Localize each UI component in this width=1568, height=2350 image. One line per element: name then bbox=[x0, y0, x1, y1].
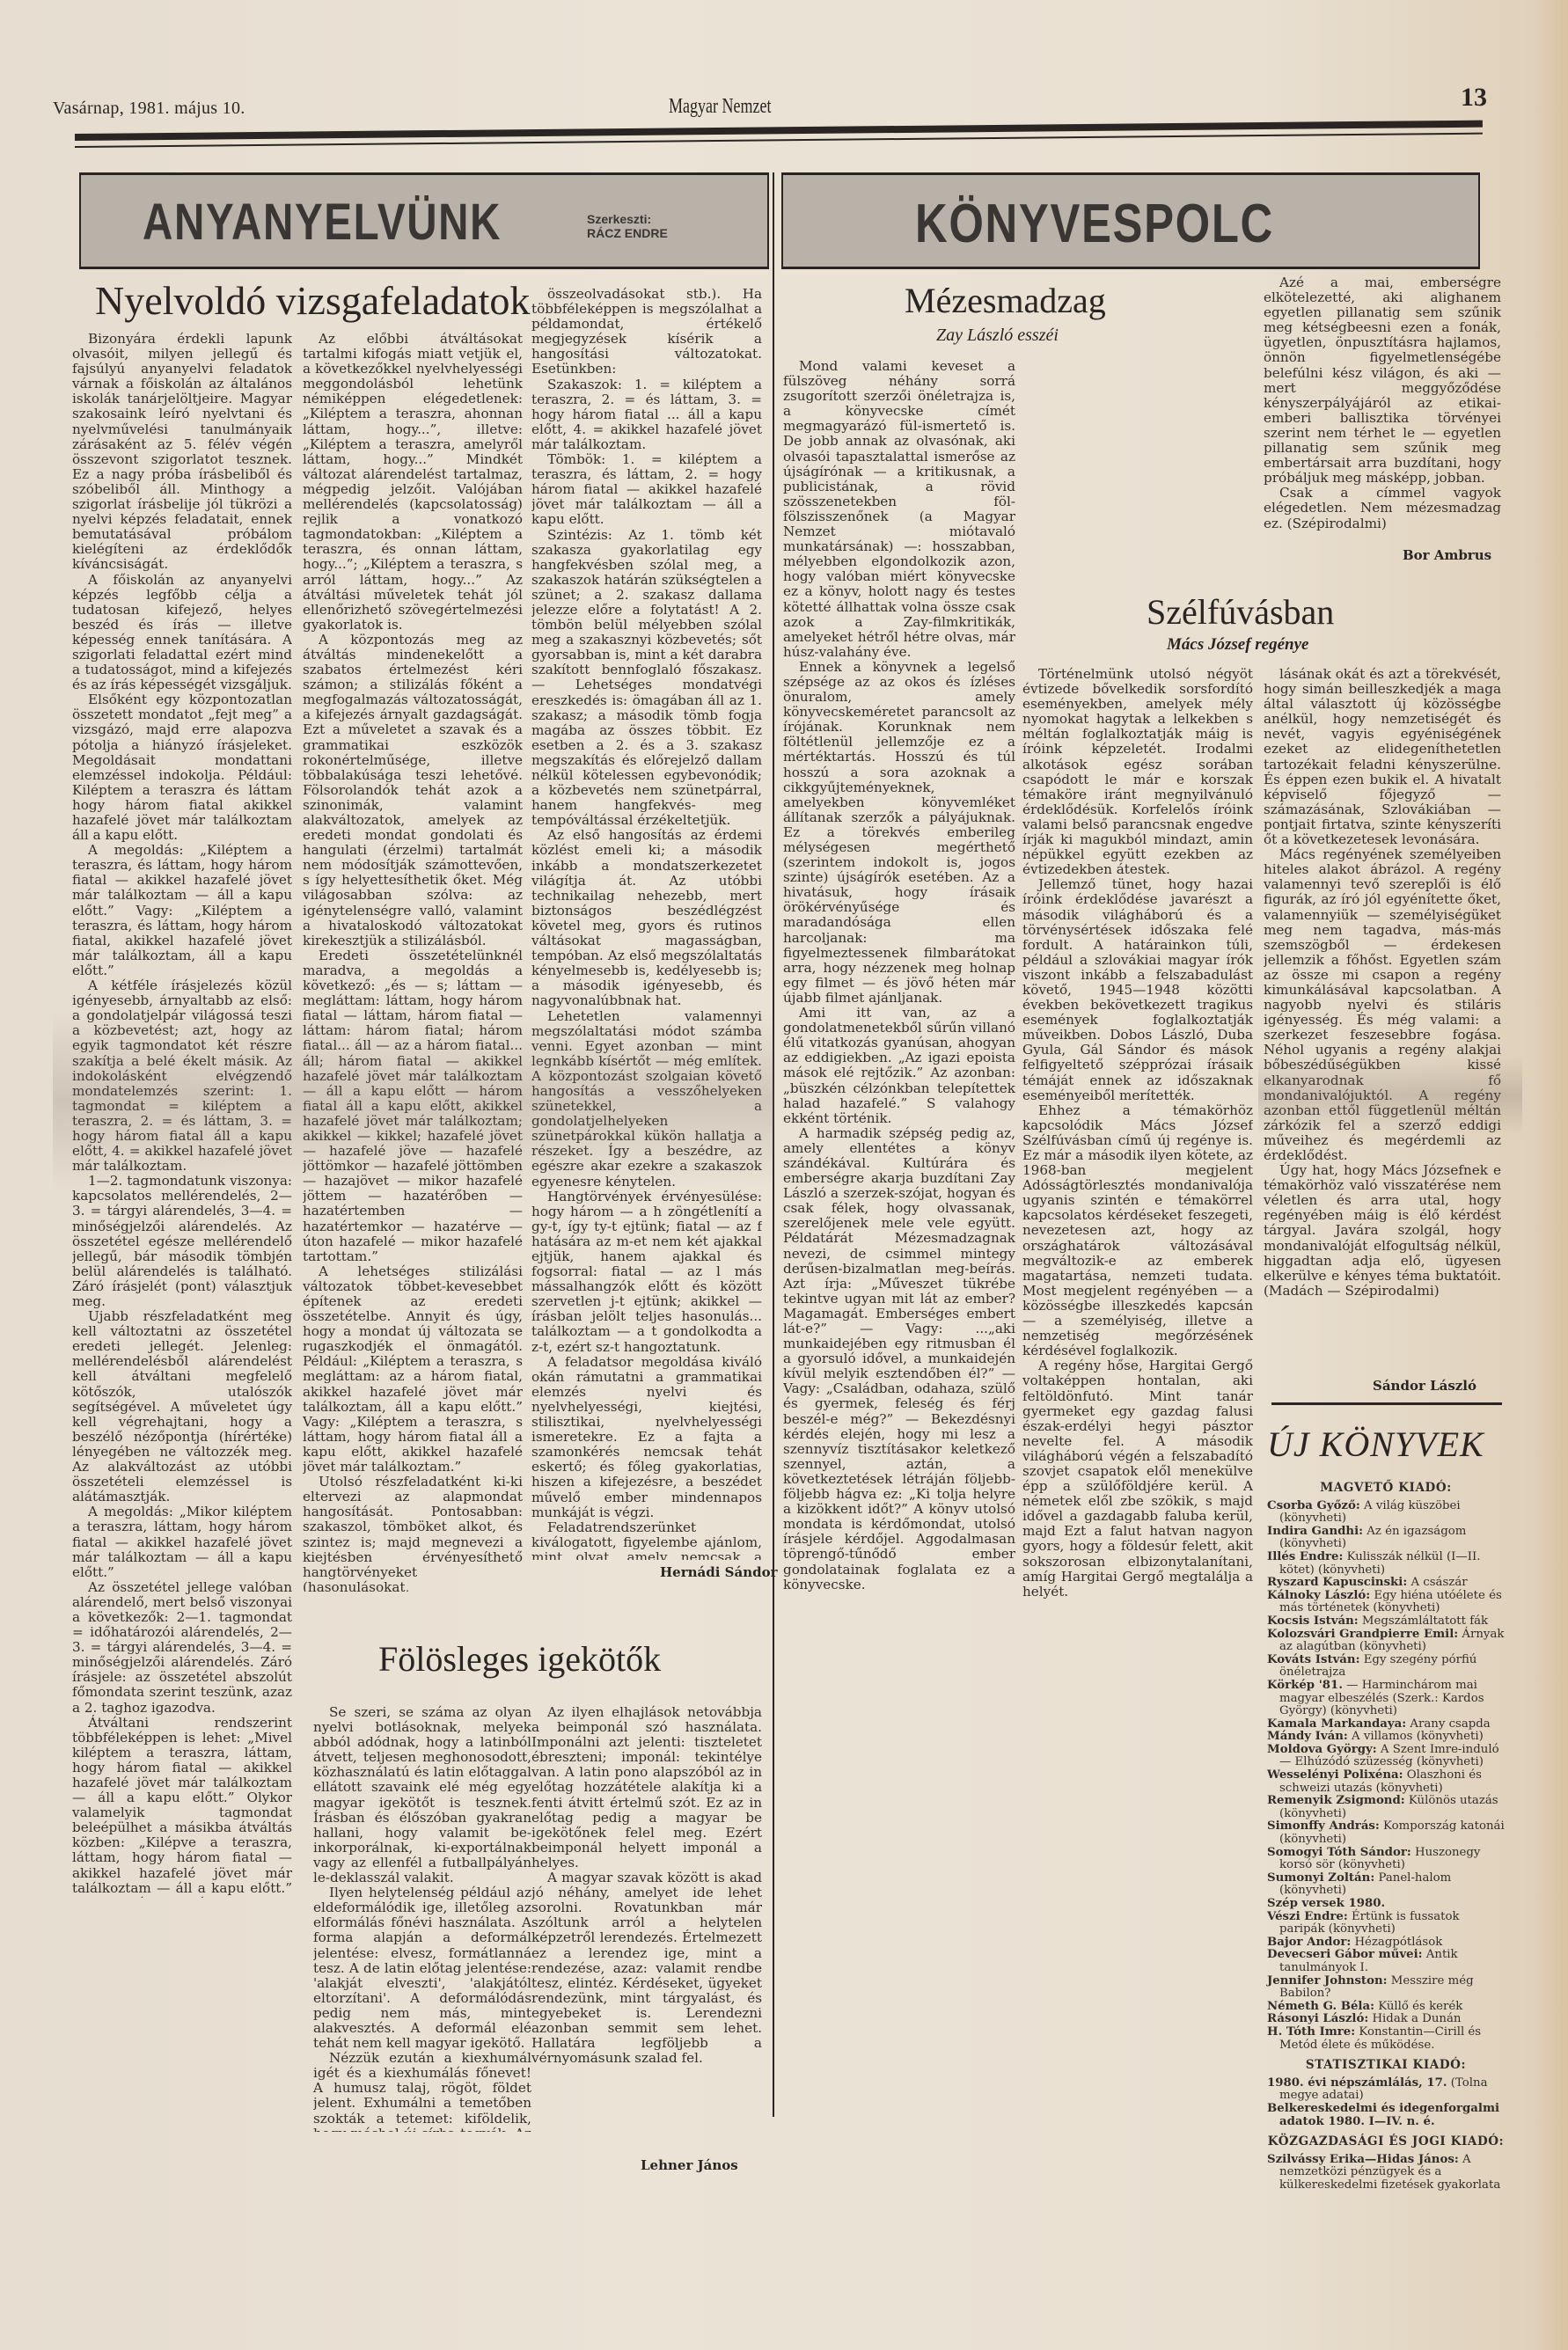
paragraph: Jellemző tünet, hogy hazai íróink érdekl… bbox=[1022, 877, 1253, 1102]
headline-szelfuvasban: Szélfúvásban bbox=[1147, 591, 1334, 633]
paragraph: Se szeri, se száma az olyan nyelvi botlá… bbox=[313, 1705, 531, 1885]
paragraph: A főiskolán az anyanyelvi képzés legfőbb… bbox=[72, 573, 292, 693]
new-books-title: ÚJ KÖNYVEK bbox=[1267, 1424, 1484, 1465]
book-author: Szép versek 1980. bbox=[1267, 1897, 1385, 1910]
paragraph: Úgy hat, hogy Mács Józsefnek e témakörhö… bbox=[1264, 1163, 1501, 1299]
paragraph: Az összetétel jellege valóban alárendelő… bbox=[72, 1580, 292, 1716]
book-author: Körkép '81. bbox=[1267, 1679, 1343, 1692]
book-author: Kocsis István: bbox=[1267, 1614, 1359, 1628]
paragraph: Nézzük ezután a kiexhumál igét és a kiex… bbox=[313, 2051, 531, 2132]
paragraph: Az első hangosítás az érdemi közlést eme… bbox=[531, 828, 762, 1008]
paragraph: Ami itt van, az a gondolatmenetekből sűr… bbox=[783, 1006, 1015, 1126]
publisher-heading: KÖZGAZDASÁGI ÉS JOGI KIADÓ: bbox=[1267, 2135, 1505, 2149]
paragraph: Ennek a könyvnek a legelső szépsége az a… bbox=[783, 660, 1015, 1006]
headline-mezesmadzag: Mézesmadzag bbox=[905, 280, 1106, 321]
book-entry: Szép versek 1980. bbox=[1267, 1898, 1505, 1911]
divider bbox=[1271, 1402, 1502, 1405]
book-entry: Sumonyi Zoltán: Panel-halom (könyvheti) bbox=[1267, 1872, 1505, 1898]
book-author: Somogyi Tóth Sándor: bbox=[1267, 1846, 1411, 1859]
book-author: Simonffy András: bbox=[1267, 1819, 1380, 1833]
paragraph: Tömbök: 1. = kiléptem a teraszra, és lát… bbox=[531, 452, 762, 527]
book-author: Illés Endre: bbox=[1267, 1550, 1343, 1563]
book-entry: 1980. évi népszámlálás, 17. (Tolna megye… bbox=[1267, 2077, 1505, 2103]
article-column: Történelmünk utolsó négyöt évtizede bőve… bbox=[1022, 667, 1253, 2259]
paragraph: A harmadik szépség pedig az, amely ellen… bbox=[783, 1126, 1015, 1592]
paragraph: A regény hőse, Hargitai Gergő voltaképpe… bbox=[1022, 1358, 1253, 1600]
paragraph: A feladatsor megoldása kiváló okán rámut… bbox=[531, 1355, 762, 1520]
book-entry: Devecseri Gábor művei: Antik tanulmányok… bbox=[1267, 1949, 1505, 1974]
article-column: Azé a mai, emberségre elkötelezetté, aki… bbox=[1264, 275, 1501, 535]
book-author: Németh G. Béla: bbox=[1267, 2000, 1374, 2013]
book-author: Szilvássy Erika—Hidas János: bbox=[1267, 2153, 1459, 2166]
paragraph: Az előbbi átváltásokat tartalmi kifogás … bbox=[303, 332, 523, 633]
paragraph: Átváltani rendszerint többféleképpen is … bbox=[72, 1716, 292, 1898]
section-banner-anyanyelvunk: ANYANYELVÜNK Szerkeszti: RÁCZ ENDRE bbox=[79, 172, 769, 269]
book-author: Devecseri Gábor művei: bbox=[1267, 1948, 1423, 1961]
book-entry: Németh G. Béla: Küllő és kerék bbox=[1267, 2001, 1505, 2014]
book-entry: Körkép '81. — Harminchárom mai magyar el… bbox=[1267, 1680, 1505, 1718]
paragraph: Bizonyára érdekli lapunk olvasóit, milye… bbox=[72, 332, 292, 573]
book-entry: Indira Gandhi: Az én igazságom (könyvhet… bbox=[1267, 1526, 1505, 1551]
paragraph: összeolvadásokat stb.). Ha többféleképpe… bbox=[531, 287, 762, 377]
paragraph: Ilyen helytelenség például az eldeformál… bbox=[313, 1885, 531, 2051]
paragraph: Hangtörvények érvényesülése: hogy három … bbox=[531, 1190, 762, 1355]
book-entry: Szilvássy Erika—Hidas János: A nemzetköz… bbox=[1267, 2154, 1505, 2193]
subhead: Mács József regénye bbox=[1167, 635, 1308, 655]
article-column: összeolvadásokat stb.). Ha többféleképpe… bbox=[531, 287, 762, 1560]
book-entry: Ryszard Kapuscinski: A császár bbox=[1267, 1577, 1505, 1590]
book-entry: Kolozsvári Grandpierre Emil: Árnyak az a… bbox=[1267, 1629, 1505, 1654]
byline: Bor Ambrus bbox=[1403, 547, 1491, 563]
book-title: Megszámláltatott fák bbox=[1359, 1614, 1488, 1628]
article-column: Az előbbi átváltásokat tartalmi kifogás … bbox=[303, 332, 523, 1592]
paragraph: Azé a mai, emberségre elkötelezetté, aki… bbox=[1264, 275, 1501, 486]
paragraph: A lehetséges stilizálási változatok több… bbox=[303, 1264, 523, 1475]
paragraph: Szakaszok: 1. = kiléptem a teraszra, 2. … bbox=[531, 377, 762, 452]
book-entry: Bajor Andor: Hézagpótlások bbox=[1267, 1936, 1505, 1950]
book-author: 1980. évi népszámlálás, 17. bbox=[1267, 2076, 1447, 2090]
book-entry: Moldova György: A Szent Imre-induló — El… bbox=[1267, 1744, 1505, 1769]
headline-folosleges: Fölösleges igekötők bbox=[378, 1638, 661, 1680]
book-author: Wesselényi Polixéna: bbox=[1267, 1768, 1403, 1782]
book-entry: Kováts István: Egy szegény pórfiú önélet… bbox=[1267, 1654, 1505, 1680]
book-title: Hézagpótlások bbox=[1351, 1936, 1442, 1949]
book-entry: Csorba Győző: A világ küszöbei (könyvhet… bbox=[1267, 1500, 1505, 1526]
byline: Hernádi Sándor bbox=[660, 1564, 778, 1580]
book-author: Indira Gandhi: bbox=[1267, 1525, 1363, 1538]
book-title: Hidak a Dunán bbox=[1368, 2012, 1461, 2025]
newspaper-name: Magyar Nemzet bbox=[669, 95, 771, 119]
paragraph: Ehhez a témakörhöz kapcsolódik Mács Józs… bbox=[1022, 1103, 1253, 1359]
paragraph: A magyar szavak között is akad jó néhány… bbox=[531, 1870, 762, 2066]
book-author: Kolozsvári Grandpierre Emil: bbox=[1267, 1628, 1458, 1641]
book-author: Csorba Győző: bbox=[1267, 1499, 1360, 1512]
book-title: Küllő és kerék bbox=[1374, 2000, 1462, 2013]
book-author: Jennifer Johnston: bbox=[1267, 1974, 1388, 1988]
page-number: 13 bbox=[1461, 83, 1487, 113]
paragraph: 1—2. tagmondatunk viszonya: kapcsolatos … bbox=[72, 1174, 292, 1309]
byline: Sándor László bbox=[1373, 1378, 1476, 1394]
masthead: Vasárnap, 1981. május 10. Magyar Nemzet … bbox=[53, 88, 1487, 123]
article-column: Bizonyára érdekli lapunk olvasóit, milye… bbox=[72, 332, 292, 1898]
book-title: Arany csapda bbox=[1406, 1717, 1491, 1731]
paragraph: Csak a címmel vagyok elégedetlen. Nem mé… bbox=[1264, 486, 1501, 531]
masthead-rule-thick bbox=[75, 121, 1483, 141]
book-entry: Rásonyi László: Hidak a Dunán bbox=[1267, 2013, 1505, 2026]
paragraph: A megoldás: „Mikor kiléptem a teraszra, … bbox=[72, 1504, 292, 1579]
column-separator bbox=[773, 172, 774, 2117]
book-entry: Wesselényi Polixéna: Olaszhoni és schwei… bbox=[1267, 1769, 1505, 1795]
book-entry: Jennifer Johnston: Messzire még Babilon? bbox=[1267, 1975, 1505, 2001]
book-author: Kamala Markandaya: bbox=[1267, 1717, 1406, 1731]
paragraph: Történelmünk utolsó négyöt évtizede bőve… bbox=[1022, 667, 1253, 877]
book-entry: Kamala Markandaya: Arany csapda bbox=[1267, 1718, 1505, 1731]
newspaper-page: Vasárnap, 1981. május 10. Magyar Nemzet … bbox=[0, 0, 1568, 2350]
paragraph: lásának okát és azt a törekvését, hogy s… bbox=[1264, 667, 1501, 847]
paragraph: Elsőként egy központozatlan összetett mo… bbox=[72, 692, 292, 843]
paragraph: Szintézis: Az 1. tömb két szakasza gyako… bbox=[531, 528, 762, 829]
publisher-heading: MAGVETŐ KIADÓ: bbox=[1267, 1482, 1505, 1495]
publisher-heading: STATISZTIKAI KIADÓ: bbox=[1267, 2059, 1505, 2072]
article-column bbox=[1021, 359, 1251, 544]
book-entry: Vészi Endre: Értünk is fussatok paripák … bbox=[1267, 1911, 1505, 1936]
book-title: A villamos (könyvheti) bbox=[1348, 1730, 1484, 1743]
editor-name: RÁCZ ENDRE bbox=[587, 226, 668, 240]
section-title: ANYANYELVÜNK bbox=[143, 193, 502, 252]
book-entry: Kocsis István: Megszámláltatott fák bbox=[1267, 1615, 1505, 1629]
book-entry: H. Tóth Imre: Konstantin—Cirill és Metód… bbox=[1267, 2026, 1505, 2052]
article-column: Se szeri, se száma az olyan nyelvi botlá… bbox=[313, 1705, 531, 2132]
section-title: KÖNYVESPOLC bbox=[915, 193, 1274, 255]
paragraph: Mond valami keveset a fülszöveg néhány s… bbox=[783, 359, 1015, 660]
headline-nyelvoldo: Nyelvoldó vizsgafeladatok bbox=[95, 277, 530, 324]
book-entry: Somogyi Tóth Sándor: Huszonegy korsó sör… bbox=[1267, 1847, 1505, 1872]
book-entry: Belkereskedelmi és idegenforgalmi adatok… bbox=[1267, 2103, 1505, 2128]
book-entry: Mándy Iván: A villamos (könyvheti) bbox=[1267, 1731, 1505, 1744]
paragraph: Utolsó részfeladatként ki-ki eltervezi a… bbox=[303, 1475, 523, 1592]
new-books-list: MAGVETŐ KIADÓ:Csorba Győző: A világ küsz… bbox=[1267, 1475, 1505, 2192]
paragraph: Mács regényének személyeiben hiteles ala… bbox=[1264, 847, 1501, 1163]
book-author: Belkereskedelmi és idegenforgalmi adatok… bbox=[1267, 2102, 1499, 2128]
paragraph: A megoldás: „Kiléptem a teraszra, és lát… bbox=[72, 843, 292, 978]
article-column: lásának okát és azt a törekvését, hogy s… bbox=[1264, 667, 1501, 1371]
book-author: H. Tóth Imre: bbox=[1267, 2025, 1355, 2039]
paragraph: Ujabb részfeladatként meg kell változtat… bbox=[72, 1309, 292, 1504]
book-author: Sumonyi Zoltán: bbox=[1267, 1871, 1374, 1885]
book-author: Vészi Endre: bbox=[1267, 1910, 1348, 1923]
book-author: Bajor Andor: bbox=[1267, 1936, 1351, 1949]
paragraph: Eredeti összetételünknél maradva, a mego… bbox=[303, 948, 523, 1264]
book-entry: Simonffy András: Kompország katonái (kön… bbox=[1267, 1820, 1505, 1846]
article-column: Az ilyen elhajlások netovábbja a beimpon… bbox=[531, 1705, 762, 2132]
book-author: Moldova György: bbox=[1267, 1743, 1377, 1756]
subhead: Zay László esszéi bbox=[936, 326, 1059, 346]
paragraph: Lehetetlen valamennyi megszólaltatási mó… bbox=[531, 1009, 762, 1190]
issue-date: Vasárnap, 1981. május 10. bbox=[53, 99, 245, 119]
book-author: Remenyik Zsigmond: bbox=[1267, 1794, 1405, 1807]
byline: Lehner János bbox=[641, 2157, 738, 2173]
book-author: Kálnoky László: bbox=[1267, 1589, 1370, 1602]
book-author: Ryszard Kapuscinski: bbox=[1267, 1576, 1407, 1589]
book-author: Kováts István: bbox=[1267, 1653, 1360, 1666]
book-title: A császár bbox=[1407, 1576, 1467, 1589]
editor-label: Szerkeszti: bbox=[587, 212, 668, 226]
book-author: Rásonyi László: bbox=[1267, 2012, 1368, 2025]
paragraph: Az ilyen elhajlások netovábbja a beimpon… bbox=[531, 1705, 762, 1870]
book-entry: Kálnoky László: Egy hiéna utóélete és má… bbox=[1267, 1590, 1505, 1615]
paragraph: Feladatrendszerünket kiválogatott, figye… bbox=[531, 1520, 762, 1560]
article-column: Mond valami keveset a fülszöveg néhány s… bbox=[783, 359, 1015, 2233]
paragraph: A központozás meg az átváltás mindenekel… bbox=[303, 633, 523, 948]
page-edge bbox=[1533, 0, 1568, 2350]
book-entry: Illés Endre: Kulisszák nélkül (I—II. köt… bbox=[1267, 1551, 1505, 1577]
book-author: Mándy Iván: bbox=[1267, 1730, 1348, 1743]
section-banner-konyvespolc: KÖNYVESPOLC bbox=[781, 172, 1480, 269]
paragraph: A kétféle írásjelezés közül igényesebb, … bbox=[72, 978, 292, 1174]
section-editor: Szerkeszti: RÁCZ ENDRE bbox=[587, 212, 668, 240]
book-entry: Remenyik Zsigmond: Különös utazás (könyv… bbox=[1267, 1795, 1505, 1820]
